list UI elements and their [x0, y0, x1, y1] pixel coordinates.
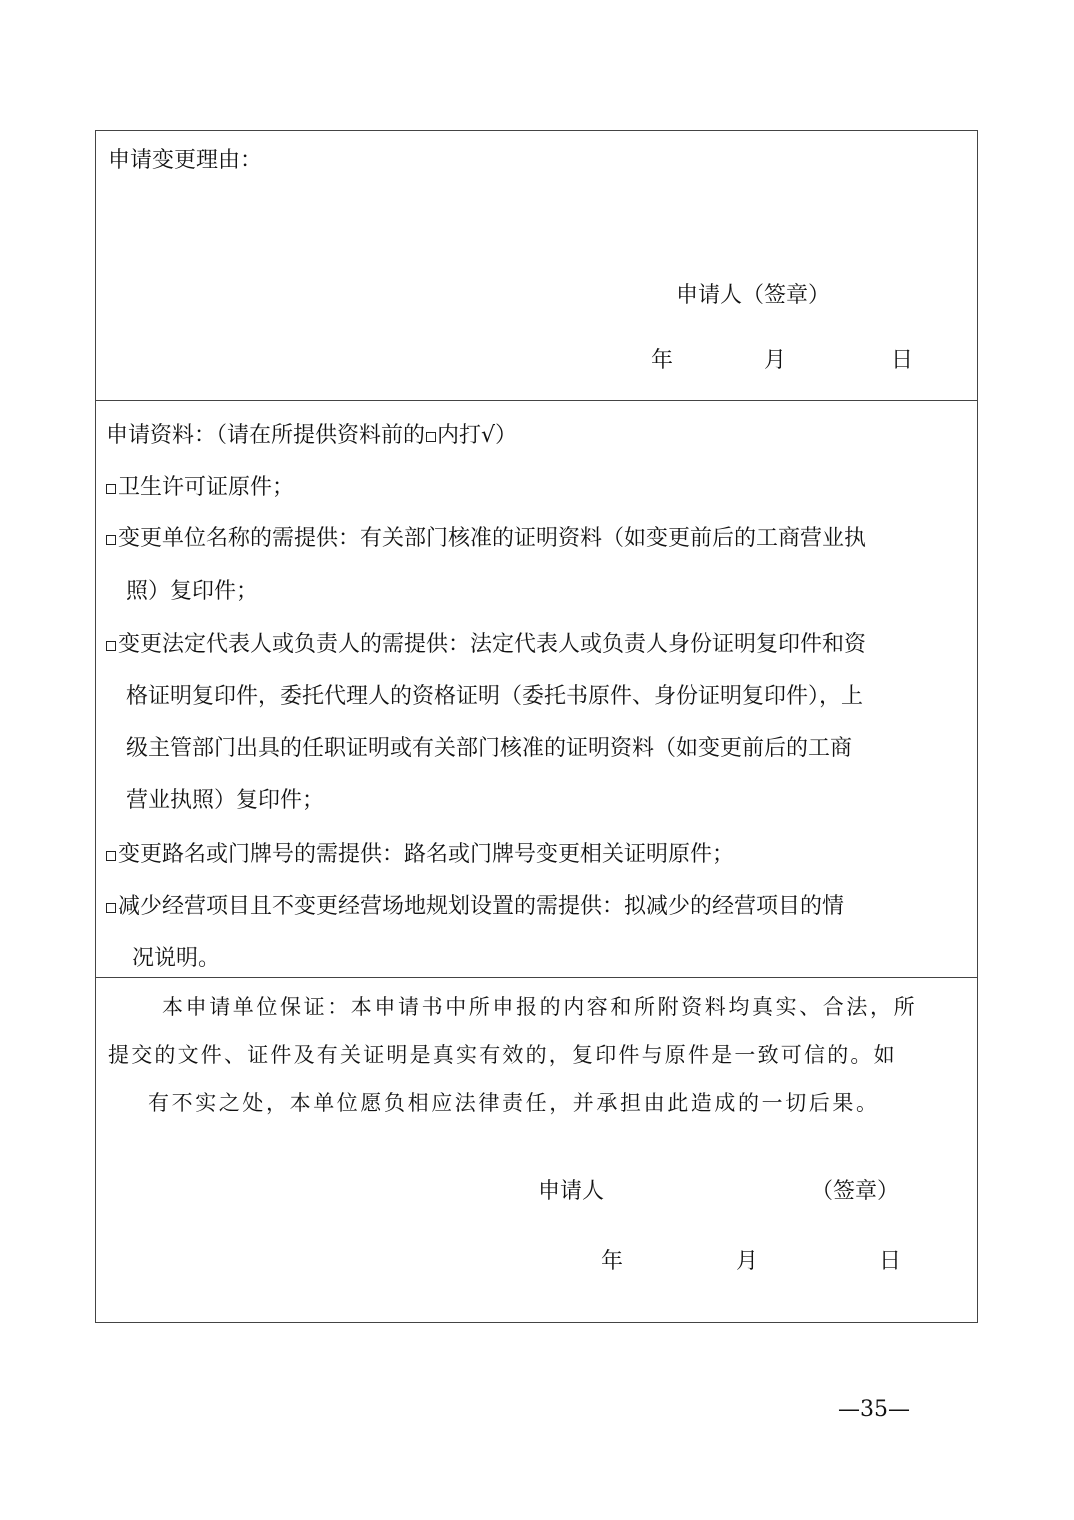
- checkbox-icon[interactable]: [106, 903, 116, 913]
- date-year-label: 年: [601, 1251, 623, 1273]
- checkbox-icon[interactable]: [106, 535, 116, 545]
- materials-header-suffix: 内打√）: [437, 423, 517, 448]
- materials-section: 申请资料：（请在所提供资料前的内打√） 卫生许可证原件； 变更单位名称的需提供：…: [96, 401, 977, 978]
- materials-header: 申请资料：（请在所提供资料前的内打√）: [106, 425, 517, 447]
- checkbox-icon[interactable]: [106, 484, 116, 494]
- checkbox-icon[interactable]: [106, 851, 116, 861]
- guarantee-text-line: 本申请单位保证：本申请书中所申报的内容和所附资料均真实、合法，所: [162, 997, 917, 1018]
- guarantee-section: 本申请单位保证：本申请书中所申报的内容和所附资料均真实、合法，所 提交的文件、证…: [96, 978, 977, 1324]
- material-item-continuation: 营业执照）复印件；: [126, 790, 324, 812]
- guarantee-text-line: 提交的文件、证件及有关证明是真实有效的，复印件与原件是一致可信的。如: [108, 1045, 897, 1066]
- document-page: 申请变更理由： 申请人（签章） 年 月 日 申请资料：（请在所提供资料前的内打√…: [0, 0, 1074, 1520]
- material-item-reduce-items: 减少经营项目且不变更经营场地规划设置的需提供：拟减少的经营项目的情: [106, 896, 844, 918]
- guarantee-text-line: 有不实之处，本单位愿负相应法律责任，并承担由此造成的一切后果。: [148, 1093, 880, 1114]
- date-day-label: 日: [891, 350, 913, 372]
- seal-label: （签章）: [811, 1181, 899, 1203]
- material-item-continuation: 级主管部门出具的任职证明或有关部门核准的证明资料（如变更前后的工商: [126, 738, 852, 760]
- date-year-label: 年: [651, 350, 673, 372]
- date-day-label: 日: [879, 1251, 901, 1273]
- reason-label: 申请变更理由：: [108, 150, 262, 172]
- material-item-text: 变更法定代表人或负责人的需提供：法定代表人或负责人身份证明复印件和资: [118, 632, 866, 657]
- material-item-text: 减少经营项目且不变更经营场地规划设置的需提供：拟减少的经营项目的情: [118, 894, 844, 919]
- material-item-text: 变更路名或门牌号的需提供：路名或门牌号变更相关证明原件；: [118, 842, 734, 867]
- material-item-text: 变更单位名称的需提供：有关部门核准的证明资料（如变更前后的工商营业执: [118, 526, 866, 551]
- material-item-continuation: 格证明复印件，委托代理人的资格证明（委托书原件、身份证明复印件），上: [126, 686, 863, 708]
- checkbox-icon: [426, 432, 436, 442]
- reason-section: 申请变更理由： 申请人（签章） 年 月 日: [96, 131, 977, 401]
- applicant-signature-label: 申请人（签章）: [676, 285, 830, 307]
- materials-header-prefix: 申请资料：（请在所提供资料前的: [106, 423, 425, 448]
- material-item-text: 卫生许可证原件；: [118, 475, 294, 500]
- material-item-address-change: 变更路名或门牌号的需提供：路名或门牌号变更相关证明原件；: [106, 844, 734, 866]
- page-number: —35—: [838, 1397, 910, 1422]
- applicant-label: 申请人: [538, 1181, 604, 1203]
- material-item-continuation: 况说明。: [132, 948, 220, 970]
- material-item-name-change: 变更单位名称的需提供：有关部门核准的证明资料（如变更前后的工商营业执: [106, 528, 866, 550]
- checkbox-icon[interactable]: [106, 641, 116, 651]
- change-application-form: 申请变更理由： 申请人（签章） 年 月 日 申请资料：（请在所提供资料前的内打√…: [95, 130, 978, 1323]
- material-item-representative-change: 变更法定代表人或负责人的需提供：法定代表人或负责人身份证明复印件和资: [106, 634, 866, 656]
- date-month-label: 月: [736, 1251, 758, 1273]
- material-item-continuation: 照）复印件；: [126, 581, 258, 603]
- material-item-license: 卫生许可证原件；: [106, 477, 294, 499]
- date-month-label: 月: [764, 350, 786, 372]
